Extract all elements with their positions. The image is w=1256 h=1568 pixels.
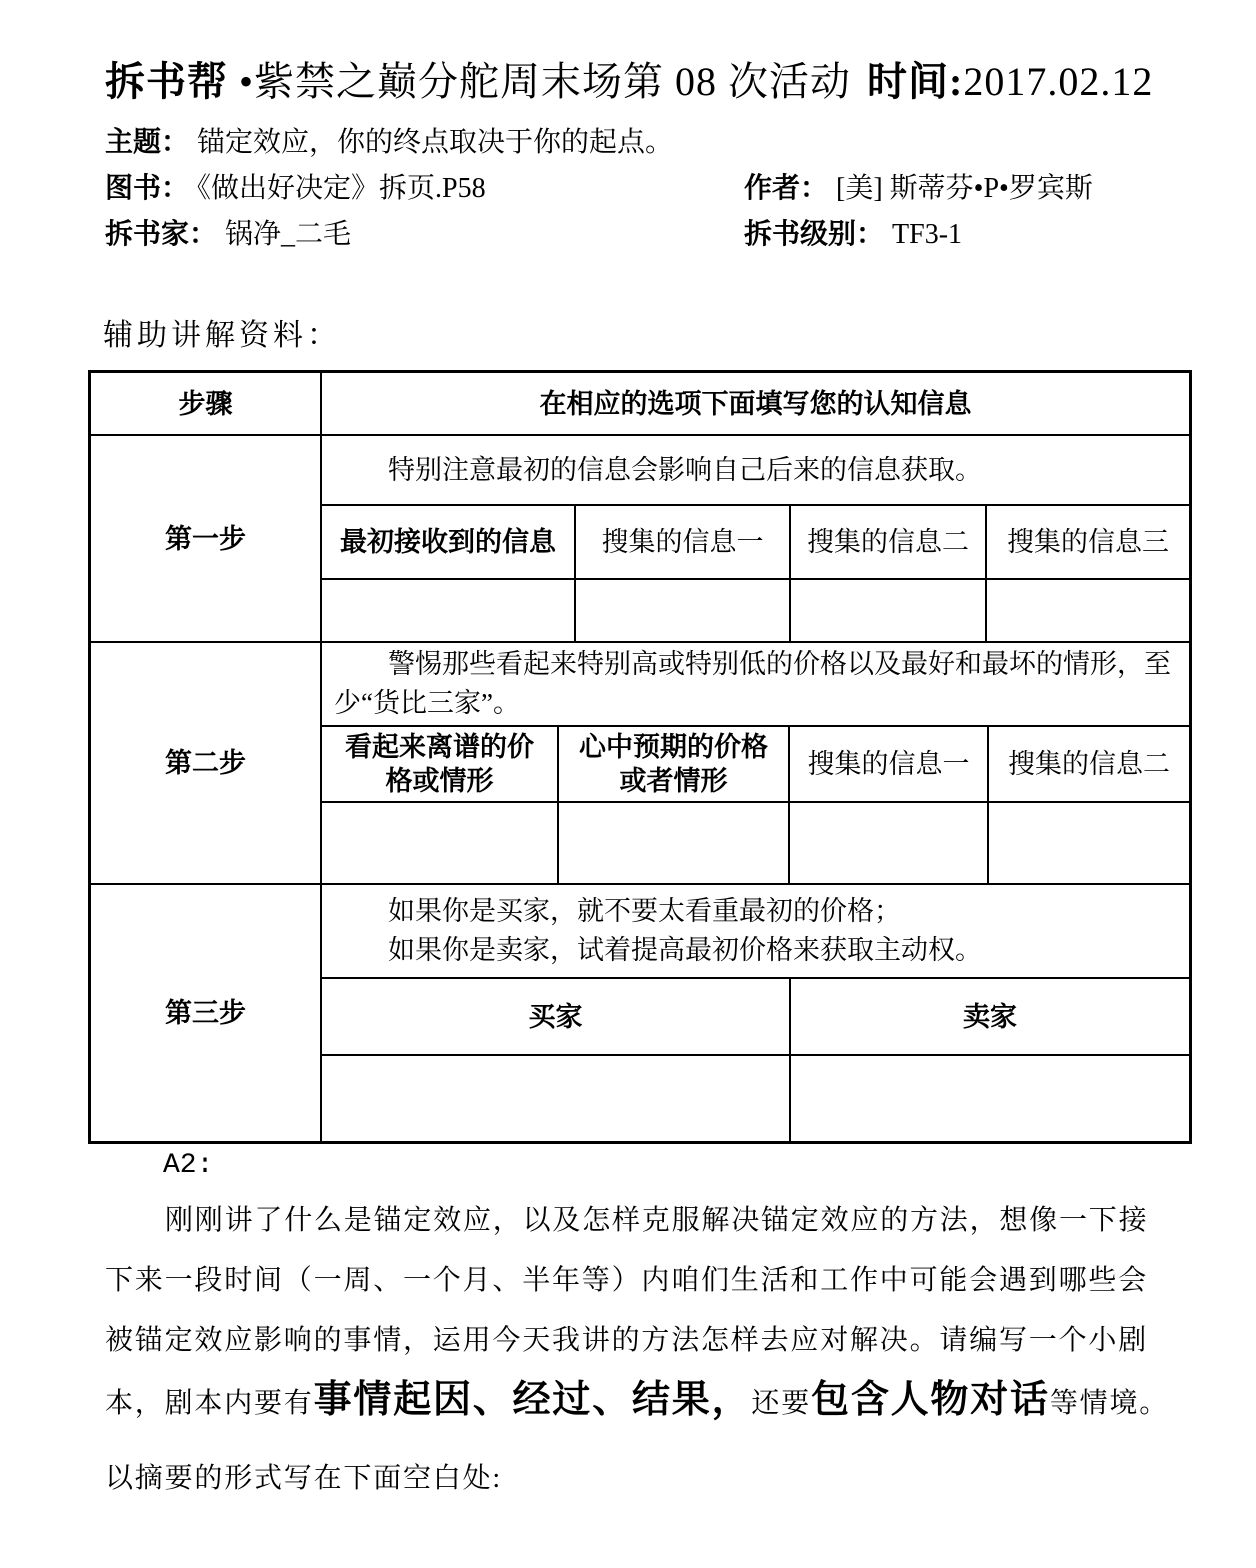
line4-normal-2: 还要 <box>751 1388 811 1419</box>
step1-col2-header: 搜集的信息二 <box>789 506 985 578</box>
step1-fill-row <box>322 580 1189 641</box>
table-header-row: 步骤 在相应的选项下面填写您的认知信息 <box>91 373 1189 434</box>
level-pair: 拆书级别：TF3-1 <box>744 212 962 252</box>
line4-emphasis-2: 包含人物对话 <box>811 1379 1050 1421</box>
step2-note-text: 警惕那些看起来特别高或特别低的价格以及最好和最坏的情形，至少“货比三家”。 <box>334 645 1177 723</box>
doc-title: 拆书帮 •紫禁之巅分舵周末场第 08 次活动时间:2017.02.12 <box>105 50 1153 107</box>
step1-name: 第一步 <box>91 436 322 641</box>
step2-content: 警惕那些看起来特别高或特别低的价格以及最好和最坏的情形，至少“货比三家”。 看起… <box>322 643 1189 883</box>
step2-fill-row <box>322 803 1189 883</box>
line4-emphasis-1: 事情起因、经过、结果， <box>314 1379 752 1421</box>
author-pair: 作者：[美] 斯蒂芬•P•罗宾斯 <box>744 166 1093 206</box>
section-heading: 辅助讲解资料： <box>103 310 341 354</box>
step1-col3-header: 搜集的信息三 <box>985 506 1189 578</box>
step2-col0-header: 看起来离谱的价格或情形 <box>322 727 557 801</box>
step3-note-line2: 如果你是卖家，试着提高最初价格来获取主动权。 <box>334 931 1177 970</box>
a2-paragraph-line1: 刚刚讲了什么是锚定效应，以及怎样克服解决锚定效应的方法，想像一下接 <box>105 1198 1148 1238</box>
meta-owner-row: 拆书家：锅净_二毛 拆书级别：TF3-1 <box>105 212 1205 252</box>
owner-label: 拆书家： <box>105 219 217 250</box>
topic-value: 锚定效应，你的终点取决于你的起点。 <box>197 127 673 158</box>
empty-fill-cell <box>322 580 574 641</box>
step1-subheader-row: 最初接收到的信息 搜集的信息一 搜集的信息二 搜集的信息三 <box>322 506 1189 580</box>
line4-normal-3: 等情境。 <box>1050 1388 1169 1419</box>
step3-content: 如果你是买家，就不要太看重最初的价格； 如果你是卖家，试着提高最初价格来获取主动… <box>322 885 1189 1141</box>
level-value: TF3-1 <box>892 219 962 250</box>
owner-value: 锅净_二毛 <box>225 219 351 250</box>
step2-col3-header: 搜集的信息二 <box>987 727 1189 801</box>
step2-name: 第二步 <box>91 643 322 883</box>
step2-row: 第二步 警惕那些看起来特别高或特别低的价格以及最好和最坏的情形，至少“货比三家”… <box>91 641 1189 883</box>
step3-note: 如果你是买家，就不要太看重最初的价格； 如果你是卖家，试着提高最初价格来获取主动… <box>322 885 1189 979</box>
empty-fill-cell <box>557 803 788 883</box>
a2-label: A2: <box>163 1150 213 1181</box>
a2-closing-line: 以摘要的形式写在下面空白处: <box>105 1456 502 1496</box>
header-step-col: 步骤 <box>91 373 322 434</box>
time-label: 时间: <box>867 59 963 104</box>
step3-fill-row <box>322 1056 1189 1141</box>
topic-label: 主题： <box>105 127 189 158</box>
step1-col1-header: 搜集的信息一 <box>574 506 789 578</box>
empty-fill-cell <box>322 803 557 883</box>
a2-paragraph-line2: 下来一段时间（一周、一个月、半年等）内咱们生活和工作中可能会遇到哪些会 <box>105 1258 1148 1298</box>
step3-buyer-header: 买家 <box>322 979 789 1054</box>
a2-paragraph-line3: 被锚定效应影响的事情，运用今天我讲的方法怎样去应对解决。请编写一个小剧 <box>105 1318 1148 1358</box>
a2-paragraph-line4: 本，剧本内要有事情起因、经过、结果，还要包含人物对话等情境。 <box>105 1376 1169 1428</box>
empty-fill-cell <box>987 803 1189 883</box>
step2-col1-header: 心中预期的价格或者情形 <box>557 727 788 801</box>
meta-topic-row: 主题：锚定效应，你的终点取决于你的起点。 <box>105 120 673 160</box>
empty-fill-cell <box>788 803 987 883</box>
empty-fill-cell <box>574 580 789 641</box>
event-name: •紫禁之巅分舵周末场第 08 次活动 <box>239 59 851 104</box>
empty-fill-cell <box>322 1056 789 1141</box>
line4-normal-1: 本，剧本内要有 <box>105 1388 314 1419</box>
header-main-col: 在相应的选项下面填写您的认知信息 <box>322 373 1189 434</box>
time-value: 2017.02.12 <box>963 59 1153 104</box>
meta-book-row: 图书：《做出好决定》拆页.P58 作者：[美] 斯蒂芬•P•罗宾斯 <box>105 166 1205 206</box>
author-value: [美] 斯蒂芬•P•罗宾斯 <box>836 173 1093 204</box>
author-label: 作者： <box>744 173 828 204</box>
step1-row: 第一步 特别注意最初的信息会影响自己后来的信息获取。 最初接收到的信息 搜集的信… <box>91 434 1189 641</box>
step3-name: 第三步 <box>91 885 322 1141</box>
step1-note: 特别注意最初的信息会影响自己后来的信息获取。 <box>322 436 1189 506</box>
level-label: 拆书级别： <box>744 219 884 250</box>
step3-row: 第三步 如果你是买家，就不要太看重最初的价格； 如果你是卖家，试着提高最初价格来… <box>91 883 1189 1141</box>
step3-subheader-row: 买家 卖家 <box>322 979 1189 1056</box>
book-value: 《做出好决定》拆页.P58 <box>197 173 486 204</box>
empty-fill-cell <box>985 580 1189 641</box>
step3-seller-header: 卖家 <box>789 979 1189 1054</box>
step2-subheader-row: 看起来离谱的价格或情形 心中预期的价格或者情形 搜集的信息一 搜集的信息二 <box>322 727 1189 803</box>
step1-content: 特别注意最初的信息会影响自己后来的信息获取。 最初接收到的信息 搜集的信息一 搜… <box>322 436 1189 641</box>
document-page: { "title": { "brand": "拆书帮", "event": "•… <box>0 0 1256 1568</box>
brand-name: 拆书帮 <box>105 59 228 104</box>
book-label: 图书： <box>105 173 189 204</box>
worksheet-table: 步骤 在相应的选项下面填写您的认知信息 第一步 特别注意最初的信息会影响自己后来… <box>88 370 1192 1144</box>
empty-fill-cell <box>789 1056 1189 1141</box>
step2-note: 警惕那些看起来特别高或特别低的价格以及最好和最坏的情形，至少“货比三家”。 <box>322 643 1189 727</box>
step1-col0-header: 最初接收到的信息 <box>322 506 574 578</box>
step1-note-text: 特别注意最初的信息会影响自己后来的信息获取。 <box>334 451 1177 490</box>
step2-col2-header: 搜集的信息一 <box>788 727 987 801</box>
step3-note-line1: 如果你是买家，就不要太看重最初的价格； <box>334 892 1177 931</box>
empty-fill-cell <box>789 580 985 641</box>
